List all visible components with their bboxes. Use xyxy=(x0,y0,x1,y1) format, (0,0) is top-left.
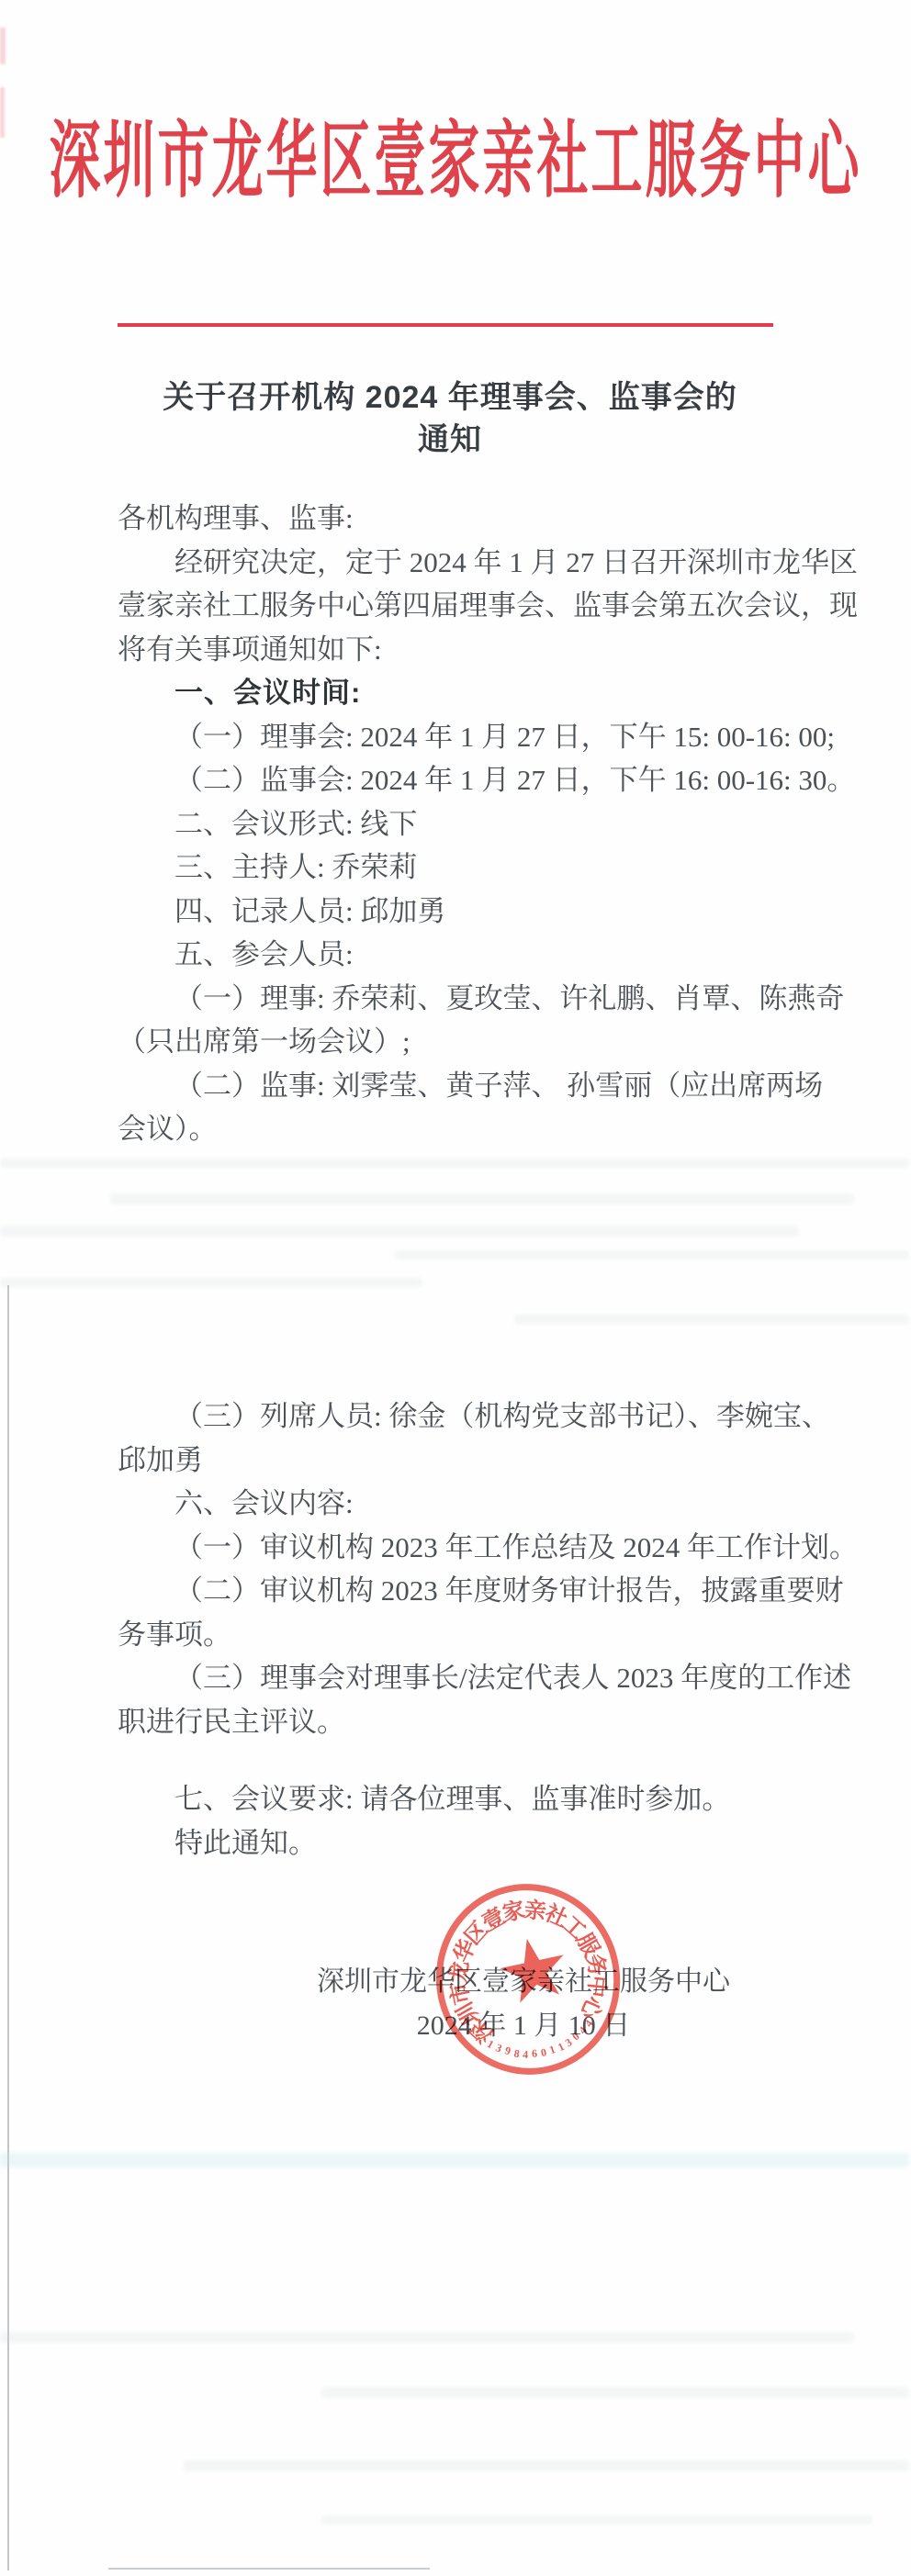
text-line: 六、会议内容: xyxy=(118,1482,775,1526)
text-line: 壹家亲社工服务中心第四届理事会、监事会第五次会议，现 xyxy=(118,584,775,628)
scan-artifact-bleed xyxy=(184,2460,909,2471)
text-line: 将有关事项通知如下: xyxy=(118,628,775,672)
scan-artifact-pink-mark xyxy=(0,28,6,64)
scan-artifact-bleed xyxy=(0,1226,799,1237)
text-line: （二）监事会: 2024 年 1 月 27 日，下午 16: 00-16: 30… xyxy=(118,758,775,802)
seal-serial-digit: 4 xyxy=(523,2047,529,2061)
text-line: 三、主持人: 乔荣莉 xyxy=(118,846,775,890)
text-line: （二）监事: 刘霁莹、黄子萍、 孙雪丽（应出席两场 xyxy=(118,1064,775,1108)
text-line: 务事项。 xyxy=(118,1613,775,1657)
text-line: （只出席第一场会议）; xyxy=(118,1020,775,1064)
text-line: 四、记录人员: 邱加勇 xyxy=(118,890,775,934)
text-line: （一）理事: 乔荣莉、夏玫莹、许礼鹏、肖覃、陈燕奇 xyxy=(118,977,775,1021)
text-line: （一）审议机构 2023 年工作总结及 2024 年工作计划。 xyxy=(118,1526,775,1570)
scan-artifact-bleed xyxy=(110,1193,854,1204)
text-line: （三）理事会对理事长/法定代表人 2023 年度的工作述 xyxy=(118,1656,775,1700)
notice-title: 关于召开机构 2024 年理事会、监事会的 通知 xyxy=(0,376,900,461)
text-line: （三）列席人员: 徐金（机构党支部书记）、李婉宝、 xyxy=(118,1394,775,1439)
text-line: 邱加勇 xyxy=(118,1439,775,1483)
scan-artifact-page-edge xyxy=(7,1285,9,2570)
text-line: 一、会议时间: xyxy=(118,671,775,715)
scanned-notice-page: 深圳市龙华区壹家亲社工服务中心 关于召开机构 2024 年理事会、监事会的 通知… xyxy=(0,0,911,2576)
scan-artifact-bleed xyxy=(514,1315,909,1324)
seal-serial-digit: 6 xyxy=(531,2047,537,2061)
text-line: （二）审议机构 2023 年度财务审计报告，披露重要财 xyxy=(118,1569,775,1613)
notice-body-page1: 各机构理事、监事:经研究决定，定于 2024 年 1 月 27 日召开深圳市龙华… xyxy=(118,497,775,1151)
official-seal: ★ 深圳市龙华区壹家亲社工服务中心 4403110648931 xyxy=(419,1866,638,2091)
text-line: 二、会议形式: 线下 xyxy=(118,802,775,846)
text-line: 七、会议要求: 请各位理事、监事准时参加。 xyxy=(118,1777,775,1821)
text-line: 五、参会人员: xyxy=(118,933,775,977)
notice-title-line2: 通知 xyxy=(0,419,900,461)
text-line: 特此通知。 xyxy=(118,1821,775,1865)
scan-artifact-bleed xyxy=(321,2387,909,2398)
scan-artifact-bleed xyxy=(321,2515,872,2525)
letterhead-divider xyxy=(118,323,773,327)
scan-artifact-bleed xyxy=(0,2332,854,2343)
scan-artifact-bleed xyxy=(0,1159,909,1168)
text-line: 各机构理事、监事: xyxy=(118,497,775,541)
scan-artifact-bleed xyxy=(395,1250,909,1260)
scan-artifact-bottom-line xyxy=(108,2568,430,2570)
text-line: （一）理事会: 2024 年 1 月 27 日，下午 15: 00-16: 00… xyxy=(118,715,775,759)
text-line: 会议）。 xyxy=(118,1107,775,1151)
text-line: 职进行民主评议。 xyxy=(118,1700,775,1744)
letterhead-org-name: 深圳市龙华区壹家亲社工服务中心 xyxy=(0,95,911,235)
notice-body-closing: 七、会议要求: 请各位理事、监事准时参加。特此通知。 xyxy=(118,1777,775,1865)
scan-artifact-bleed xyxy=(0,1278,422,1287)
text-line: 经研究决定，定于 2024 年 1 月 27 日召开深圳市龙华区 xyxy=(118,541,775,585)
scan-artifact-bleed xyxy=(0,2153,909,2167)
notice-title-line1: 关于召开机构 2024 年理事会、监事会的 xyxy=(0,376,900,419)
notice-body-page2: （三）列席人员: 徐金（机构党支部书记）、李婉宝、邱加勇六、会议内容:（一）审议… xyxy=(118,1394,775,1743)
